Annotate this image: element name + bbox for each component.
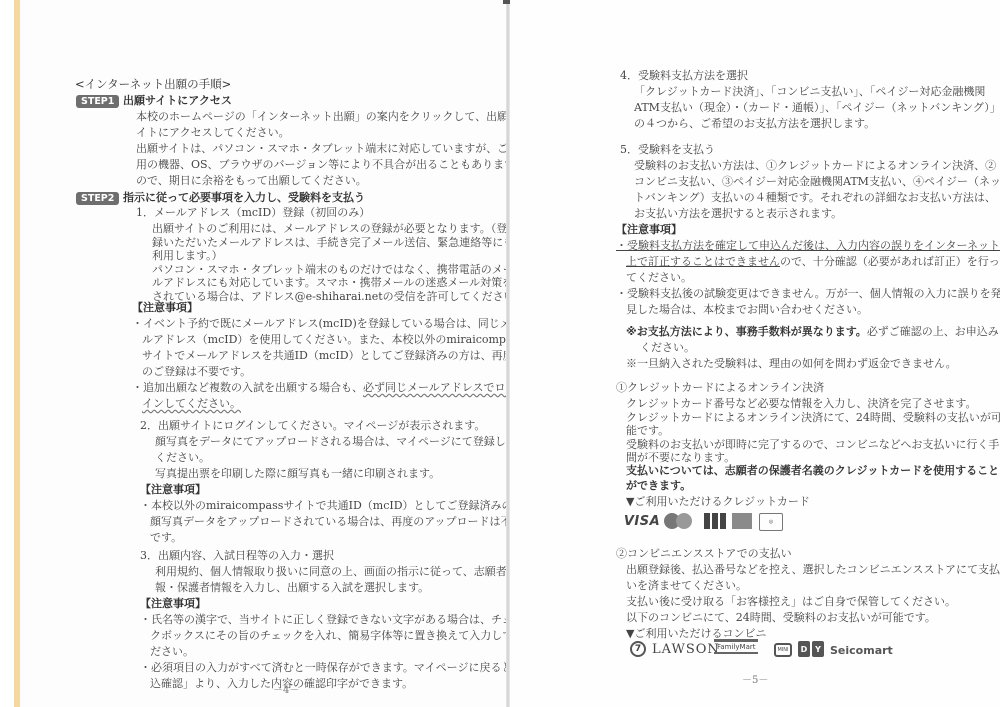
- step2-badge: STEP2: [76, 192, 119, 205]
- notice-emphasis: 上で訂正することはできません: [626, 255, 780, 268]
- item3-line: 利用規約、個人情報取り扱いに同意の上、画面の指示に従って、志願者情: [155, 564, 518, 580]
- mastercard-logo: [664, 513, 696, 529]
- item2-notice-line: です。: [150, 530, 182, 546]
- convenience-line: いを済ませてください。: [626, 578, 747, 594]
- item1-notice-line: ルアドレス（mcID）を使用してください。また、本校以外のmiraicompas…: [142, 332, 524, 348]
- item5-line: 受験料のお支払い方法は、①クレジットカードによるオンライン決済、②: [634, 158, 996, 174]
- step1-line: ので、期日に余裕をもって出願してください。: [136, 173, 367, 189]
- fee-note: ※お支払方法により、事務手数料が異なります。必ずご確認の上、お申込み: [626, 324, 999, 340]
- credit-bold-line: 支払いについては、志願者の保護者名義のクレジットカードを使用すること: [626, 463, 999, 479]
- card-list-label: ▼ご利用いただけるクレジットカード: [626, 494, 810, 510]
- item1-notice-line: ・イベント予約で既にメールアドレス(mcID)を登録している場合は、同じメー: [132, 316, 522, 332]
- payment-notice-line: ・受験料支払後の試験変更はできません。万が一、個人情報の入力に誤りを発: [616, 286, 1000, 302]
- ministop-logo: MINI: [774, 643, 792, 657]
- payment-notice-line: てください。: [626, 270, 692, 286]
- step1-line: イトにアクセスしてください。: [136, 125, 290, 141]
- notice-emphasis: インしてください。: [142, 397, 241, 410]
- page-number-right: －5－: [742, 671, 768, 686]
- seven-eleven-logo: 7: [630, 641, 646, 657]
- refund-note: ※一旦納入された受験料は、理由の如何を問わず返金できません。: [626, 356, 957, 372]
- step1-title: 出願サイトにアクセス: [123, 93, 232, 109]
- page-number-left: －4－: [273, 681, 299, 696]
- payment-notice-title: 【注意事項】: [616, 222, 682, 238]
- scan-margin: [0, 0, 14, 707]
- document-spread: <インターネット出願の手順> STEP1 出願サイトにアクセス 本校のホームペー…: [0, 0, 1000, 707]
- convenience-heading: ②コンビニエンスストアでの支払い: [616, 546, 792, 562]
- page-4: <インターネット出願の手順> STEP1 出願サイトにアクセス 本校のホームペー…: [20, 0, 506, 707]
- section-title: <インターネット出願の手順>: [75, 76, 231, 92]
- credit-bold-line: ができます。: [626, 478, 691, 494]
- fee-note-text: 必ずご確認の上、お申込み: [867, 325, 999, 338]
- item2-heading: 2．出願サイトにログインしてください。マイページが表示されます。: [140, 418, 485, 434]
- seicomart-logo: Seicomart: [830, 641, 893, 659]
- familymart-logo: FamilyMart: [714, 639, 758, 654]
- item4-heading: 4．受験料支払方法を選択: [620, 68, 748, 84]
- notice-text: ので、十分確認（必要があれば訂正）を行っ: [780, 255, 1000, 268]
- item3-notice-line: ・必須項目の入力がすべて済むと一時保存ができます。マイページに戻ると、「申: [140, 660, 540, 676]
- fee-note-cont: ください。: [640, 340, 695, 356]
- item5-line: お支払い方法を選択すると表示されます。: [634, 206, 842, 222]
- item1-notice-line: サイトでメールアドレスを共通ID（mcID）としてご登録済みの方は、再度: [142, 348, 514, 364]
- item1-notice-title: 【注意事項】: [132, 300, 198, 316]
- item3-heading: 3．出願内容、入試日程等の入力・選択: [140, 548, 334, 564]
- step1-line: 出願サイトは、パソコン・スマホ・タブレット端末に対応していますが、ご使: [136, 141, 519, 157]
- item3-notice-line: ださい。: [150, 644, 194, 660]
- fee-note-bold: ※お支払方法により、事務手数料が異なります。: [626, 325, 867, 338]
- item2-line: 写真提出票を印刷した際に顔写真も一緒に印刷されます。: [155, 466, 440, 482]
- item3-notice-line: ・氏名等の漢字で、当サイトに正しく登録できない文字がある場合は、チェッ: [140, 612, 524, 628]
- step2-title: 指示に従って必要事項を入力し、受験料を支払う: [123, 190, 365, 206]
- item5-line: トバンキング）支払いの４種類です。それぞれの詳細なお支払い方法は、: [634, 190, 996, 206]
- notice-text: ・追加出願など複数の入試を出願する場合も、: [132, 381, 363, 394]
- item1-notice-2-cont: インしてください。: [142, 396, 241, 412]
- item2-notice-line: ・本校以外のmiraicompassサイトで共通ID（mcID）としてご登録済み…: [140, 498, 545, 514]
- credit-line: クレジットカードによるオンライン決済にて、24時間、受験料の支払いが可: [626, 410, 1000, 426]
- page-5: 4．受験料支払方法を選択 「クレジットカード決済」、「コンビニ支払い」、「ペイジ…: [510, 0, 1000, 707]
- item1-heading: 1．メールアドレス（mcID）登録（初回のみ）: [136, 205, 370, 221]
- item2-notice-line: 顔写真データをアップロードされている場合は、再度のアップロードは不要: [150, 514, 522, 530]
- jcb-logo: [704, 513, 726, 529]
- credit-heading: ①クレジットカードによるオンライン決済: [616, 380, 824, 396]
- item1-notice-2: ・追加出願など複数の入試を出願する場合も、必ず同じメールアドレスでログ: [132, 380, 516, 396]
- item5-line: コンビニ支払い、③ペイジー対応金融機関ATM支払い、④ペイジー（ネッ: [634, 174, 1000, 190]
- item2-line: 顔写真をデータにてアップロードされる場合は、マイページにて登録して: [155, 434, 517, 450]
- step1-badge: STEP1: [76, 95, 119, 108]
- convenience-line: 支払い後に受け取る「お客様控え」はご自身で保管してください。: [626, 594, 956, 610]
- step1-line: 用の機器、OS、ブラウザのバージョン等により不具合が出ることもあります: [136, 157, 515, 173]
- item3-notice-title: 【注意事項】: [140, 596, 206, 612]
- item1-notice-line: のご登録は不要です。: [142, 364, 251, 380]
- notice-emphasis: ・受験料支払方法を確定して申込んだ後は、入力内容の誤りをインターネット: [616, 239, 1000, 252]
- payment-notice-line: ・受験料支払方法を確定して申込んだ後は、入力内容の誤りをインターネット: [616, 238, 1000, 254]
- diners-club-logo: ◎: [759, 513, 783, 531]
- yamazaki-logo: Y: [812, 641, 824, 657]
- amex-logo: [732, 513, 752, 529]
- item5-heading: 5．受験料を支払う: [620, 142, 715, 158]
- convenience-line: 出願登録後、払込番号などを控え、選択したコンビニエンスストアにて支払: [626, 562, 1000, 578]
- item4-line: 「クレジットカード決済」、「コンビニ支払い」、「ペイジー対応金融機関: [634, 84, 985, 100]
- notice-emphasis: 必ず同じメールアドレスでログ: [363, 381, 516, 394]
- lawson-logo: LAWSON: [652, 640, 720, 658]
- daily-yamazaki-logo: D: [798, 641, 810, 657]
- item3-notice-line: クボックスにその旨のチェックを入れ、簡易字体等に置き換えて入力してく: [150, 628, 524, 644]
- convenience-line: 以下のコンビニにて、24時間、受験料のお支払いが可能です。: [626, 610, 936, 626]
- item4-line: ATM支払い（現金）・（カード・通帳）」、「ペイジー（ネットバンキング）」: [634, 100, 1000, 116]
- item2-line: ください。: [155, 450, 210, 466]
- item3-line: 報・保護者情報を入力し、出願する入試を選択します。: [155, 580, 429, 596]
- payment-notice-line: 見した場合は、本校までお問い合わせください。: [626, 302, 868, 318]
- step1-line: 本校のホームページの「インターネット出願」の案内をクリックして、出願サ: [136, 109, 519, 125]
- visa-logo: VISA: [627, 513, 657, 529]
- item4-line: の４つから、ご希望のお支払方法を選択します。: [634, 116, 875, 132]
- item1-line: されている場合は、アドレス@e-shiharai.netの受信を許可してください…: [152, 289, 526, 305]
- item2-notice-title: 【注意事項】: [140, 482, 206, 498]
- payment-notice-line: 上で訂正することはできませんので、十分確認（必要があれば訂正）を行っ: [626, 254, 1000, 270]
